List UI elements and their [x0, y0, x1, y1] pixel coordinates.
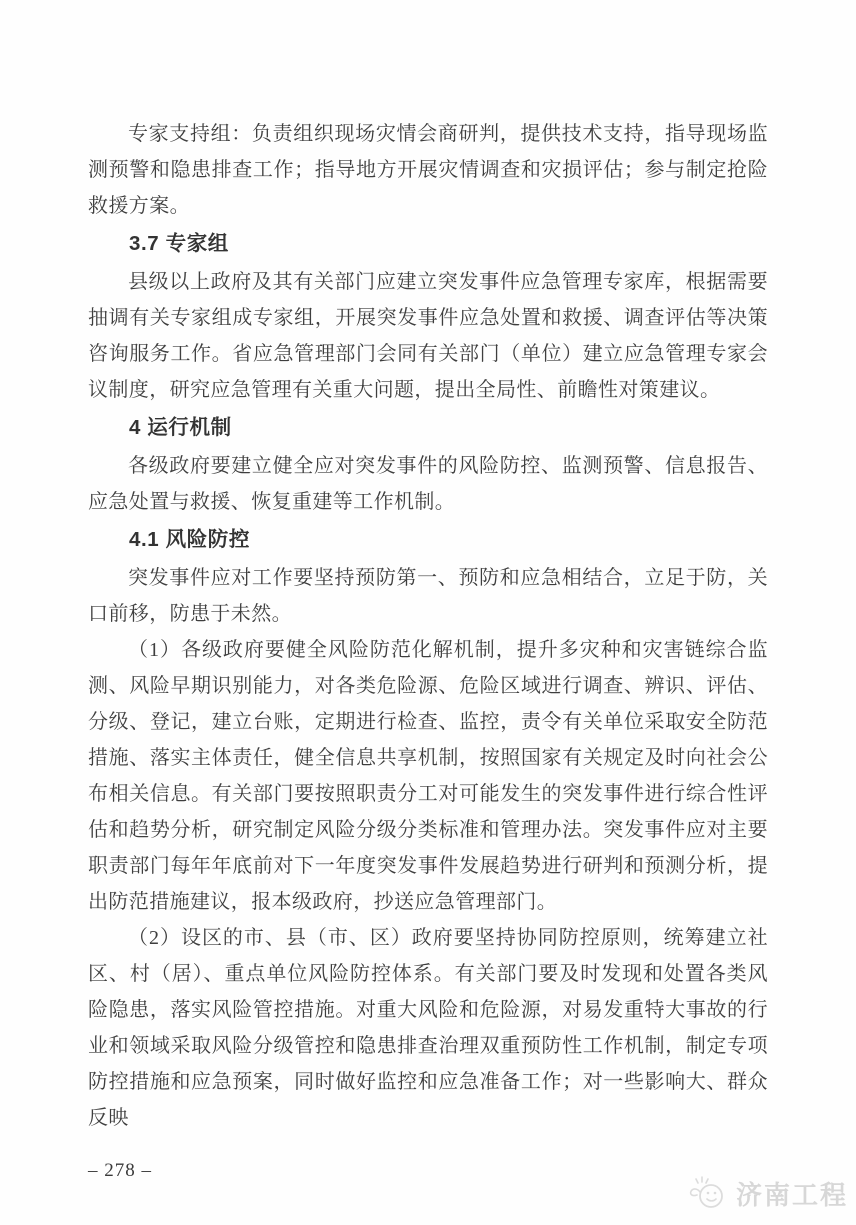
mascot-logo-icon [687, 1173, 731, 1213]
paragraph-item-2-coordinated-control: （2）设区的市、县（市、区）政府要坚持协同防控原则，统筹建立社区、村（居）、重点… [88, 920, 768, 1136]
paragraph-expert-pool: 县级以上政府及其有关部门应建立突发事件应急管理专家库，根据需要抽调有关专家组成专… [88, 264, 768, 408]
watermark-text: 济南工程 [736, 1175, 848, 1212]
paragraph-expert-support-group: 专家支持组：负责组织现场灾情会商研判，提供技术支持，指导现场监测预警和隐患排查工… [88, 116, 768, 224]
paragraph-work-mechanisms: 各级政府要建立健全应对突发事件的风险防控、监测预警、信息报告、应急处置与救援、恢… [88, 448, 768, 520]
paragraph-item-1-risk-mechanism: （1）各级政府要健全风险防范化解机制，提升多灾种和灾害链综合监测、风险早期识别能… [88, 632, 768, 920]
heading-3-7-expert-group: 3.7 专家组 [88, 226, 768, 262]
heading-4-operation-mechanism: 4 运行机制 [88, 410, 768, 446]
heading-4-1-risk-control: 4.1 风险防控 [88, 522, 768, 558]
document-page: 专家支持组：负责组织现场灾情会商研判，提供技术支持，指导现场监测预警和隐患排查工… [0, 0, 856, 1225]
paragraph-prevention-first: 突发事件应对工作要坚持预防第一、预防和应急相结合，立足于防，关口前移，防患于未然… [88, 560, 768, 632]
document-body: 专家支持组：负责组织现场灾情会商研判，提供技术支持，指导现场监测预警和隐患排查工… [0, 0, 856, 1136]
watermark: 济南工程 [687, 1173, 848, 1213]
